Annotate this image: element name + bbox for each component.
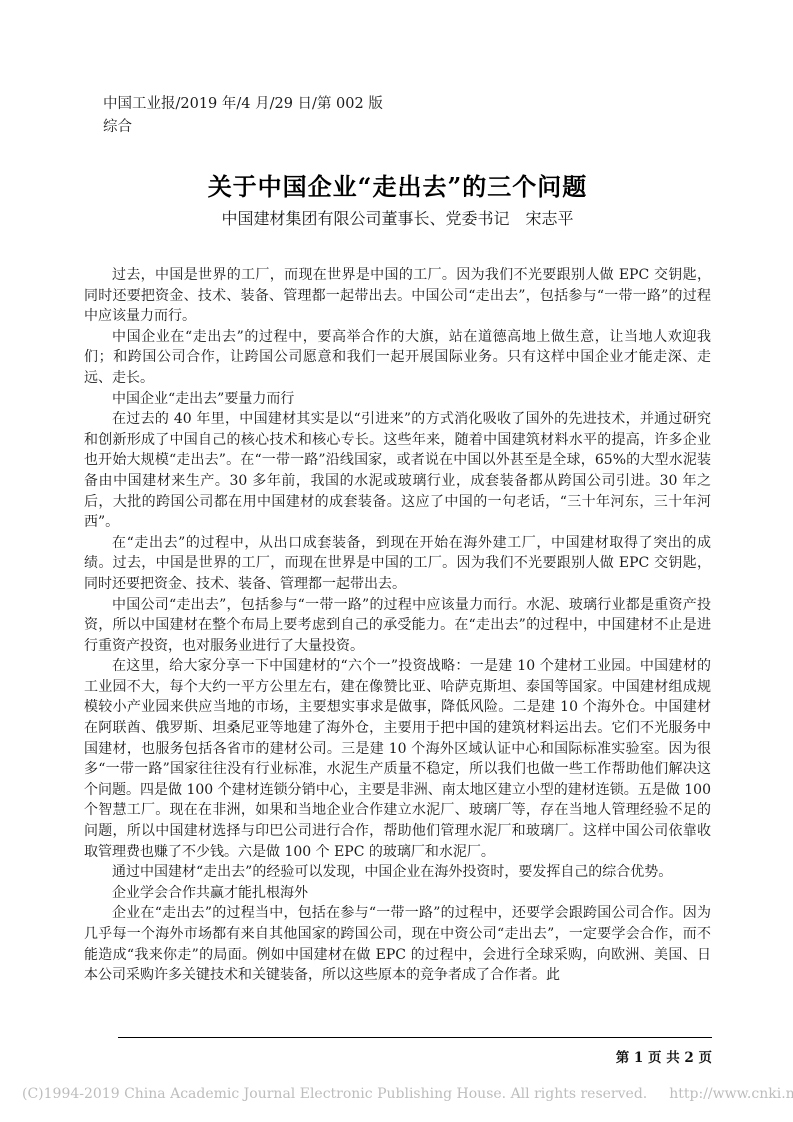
article-body: 过去，中国是世界的工厂，而现在世界是中国的工厂。因为我们不光要跟别人做 EPC … — [84, 265, 711, 1033]
article-paragraph: 过去，中国是世界的工厂，而现在世界是中国的工厂。因为我们不光要跟别人做 EPC … — [84, 265, 711, 327]
article-paragraph: 通过中国建材“走出去”的经验可以发现，中国企业在海外投资时，要发挥自己的综合优势… — [84, 862, 711, 883]
document-page: 中国工业报/2019 年/4 月/29 日/第 002 版 综合 关于中国企业“… — [0, 0, 793, 1122]
cnki-url: http://www.cnki.net — [669, 1086, 793, 1102]
masthead: 中国工业报/2019 年/4 月/29 日/第 002 版 综合 — [103, 93, 383, 139]
copyright-line: (C)1994-2019 China Academic Journal Elec… — [22, 1086, 782, 1102]
section-label: 综合 — [103, 116, 383, 139]
article-title: 关于中国企业“走出去”的三个问题 — [84, 167, 711, 202]
source-line: 中国工业报/2019 年/4 月/29 日/第 002 版 — [103, 93, 383, 116]
article-paragraph: 中国企业在“走出去”的过程中，要高举合作的大旗，站在道德高地上做生意，让当地人欢… — [84, 327, 711, 389]
section-heading: 中国企业“走出去”要量力而行 — [84, 389, 711, 410]
article-paragraph: 企业在“走出去”的过程当中，包括在参与“一带一路”的过程中，还要学会跟跨国公司合… — [84, 903, 711, 985]
footer-divider — [118, 1037, 712, 1038]
article-paragraph: 在过去的 40 年里，中国建材其实是以“引进来”的方式消化吸收了国外的先进技术，… — [84, 409, 711, 533]
section-heading: 企业学会合作共赢才能扎根海外 — [84, 883, 711, 904]
article-paragraph: 在“走出去”的过程中，从出口成套装备，到现在开始在海外建工厂，中国建材取得了突出… — [84, 533, 711, 595]
article-paragraph: 中国公司“走出去”，包括参与“一带一路”的过程中应该量力而行。水泥、玻璃行业都是… — [84, 595, 711, 657]
article-paragraph: 在这里，给大家分享一下中国建材的“六个一”投资战略：一是建 10 个建材工业园。… — [84, 656, 711, 862]
article-byline: 中国建材集团有限公司董事长、党委书记 宋志平 — [84, 206, 711, 229]
copyright-text: (C)1994-2019 China Academic Journal Elec… — [22, 1086, 647, 1102]
page-indicator: 第 1 页 共 2 页 — [118, 1046, 712, 1066]
